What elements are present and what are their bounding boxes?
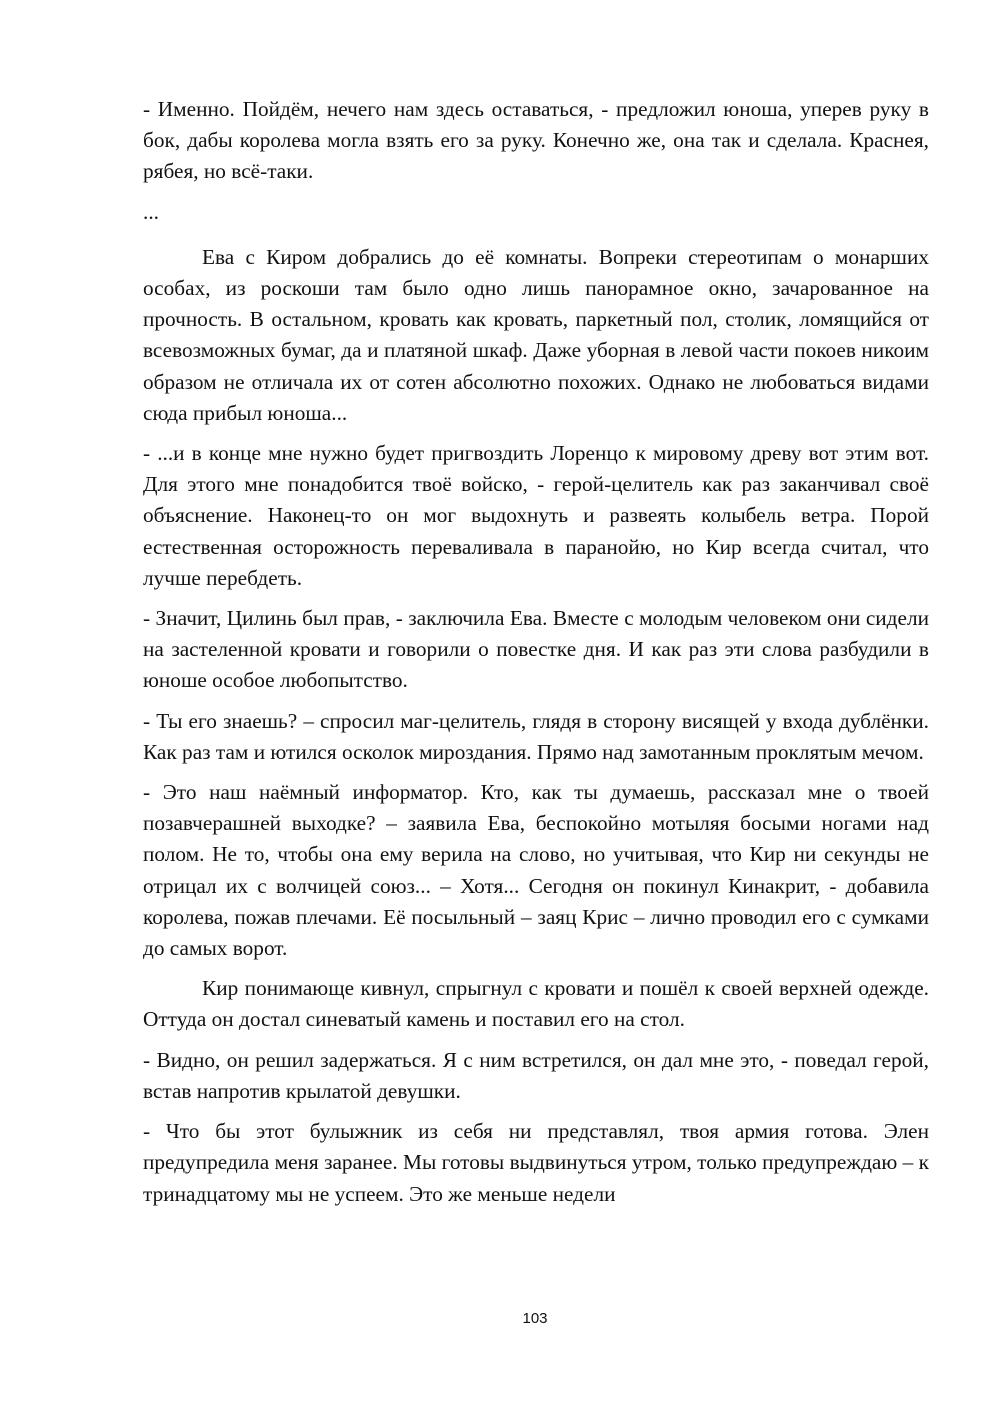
- paragraph-dialogue: - Это наш наёмный информатор. Кто, как т…: [143, 777, 929, 964]
- scene-separator: ...: [143, 197, 929, 228]
- paragraph-dialogue: - Видно, он решил задержаться. Я с ним в…: [143, 1045, 929, 1107]
- paragraph-narrative: Кир понимающе кивнул, спрыгнул с кровати…: [143, 973, 929, 1035]
- paragraph-narrative: Ева с Киром добрались до её комнаты. Воп…: [143, 242, 929, 429]
- paragraph-dialogue: - Именно. Пойдём, нечего нам здесь остав…: [143, 94, 929, 188]
- paragraph-dialogue: - Ты его знаешь? – спросил маг-целитель,…: [143, 706, 929, 768]
- paragraph-dialogue: - Значит, Цилинь был прав, - заключила Е…: [143, 603, 929, 697]
- page-number: 103: [0, 1310, 1000, 1327]
- paragraph-dialogue: - Что бы этот булыжник из себя ни предст…: [143, 1116, 929, 1210]
- paragraph-dialogue: - ...и в конце мне нужно будет пригвозди…: [143, 438, 929, 594]
- document-page: - Именно. Пойдём, нечего нам здесь остав…: [143, 94, 929, 1219]
